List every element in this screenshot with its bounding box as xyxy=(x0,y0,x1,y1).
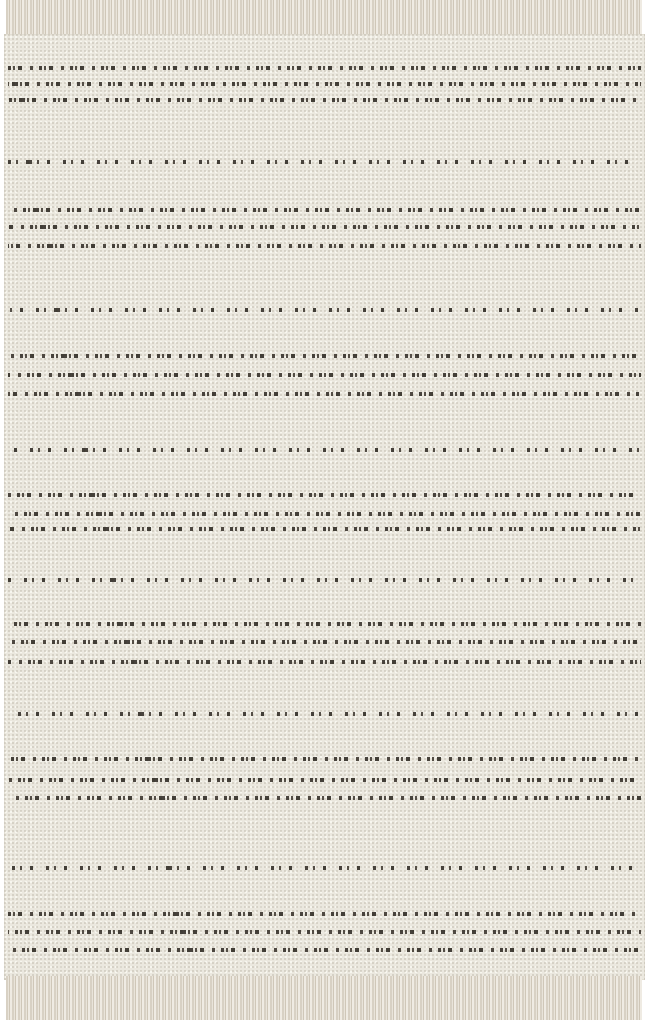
stripe-row xyxy=(8,640,641,644)
stripe-row xyxy=(8,308,641,312)
top-fringe xyxy=(6,0,642,38)
stripe-row xyxy=(8,622,641,626)
stripe-row xyxy=(8,493,641,497)
stripe-row xyxy=(8,66,641,70)
stripe-row xyxy=(8,82,641,86)
stripe-row xyxy=(8,208,641,212)
stripe-row xyxy=(8,512,641,516)
stripe-row xyxy=(8,392,641,396)
stripe-row xyxy=(8,796,641,800)
stripe-row xyxy=(8,757,641,761)
stripe-row xyxy=(8,660,641,664)
stripe-row xyxy=(8,354,641,358)
stripe-row xyxy=(8,866,641,870)
stripe-row xyxy=(8,912,641,916)
stripe-row xyxy=(8,160,641,164)
stripe-row xyxy=(8,244,641,248)
stripe-row xyxy=(8,930,641,934)
stripe-row xyxy=(8,712,641,716)
stripe-row xyxy=(8,225,641,229)
stripe-row xyxy=(8,373,641,377)
stripe-row xyxy=(8,448,641,452)
stripe-row xyxy=(8,948,641,952)
stripe-row xyxy=(8,578,641,582)
stripe-row xyxy=(8,778,641,782)
stripe-row xyxy=(8,98,641,102)
stripe-row xyxy=(8,527,641,531)
shag-texture xyxy=(4,34,645,980)
rug-body xyxy=(4,34,645,980)
rug-photo xyxy=(0,0,649,1020)
bottom-fringe xyxy=(6,976,642,1020)
